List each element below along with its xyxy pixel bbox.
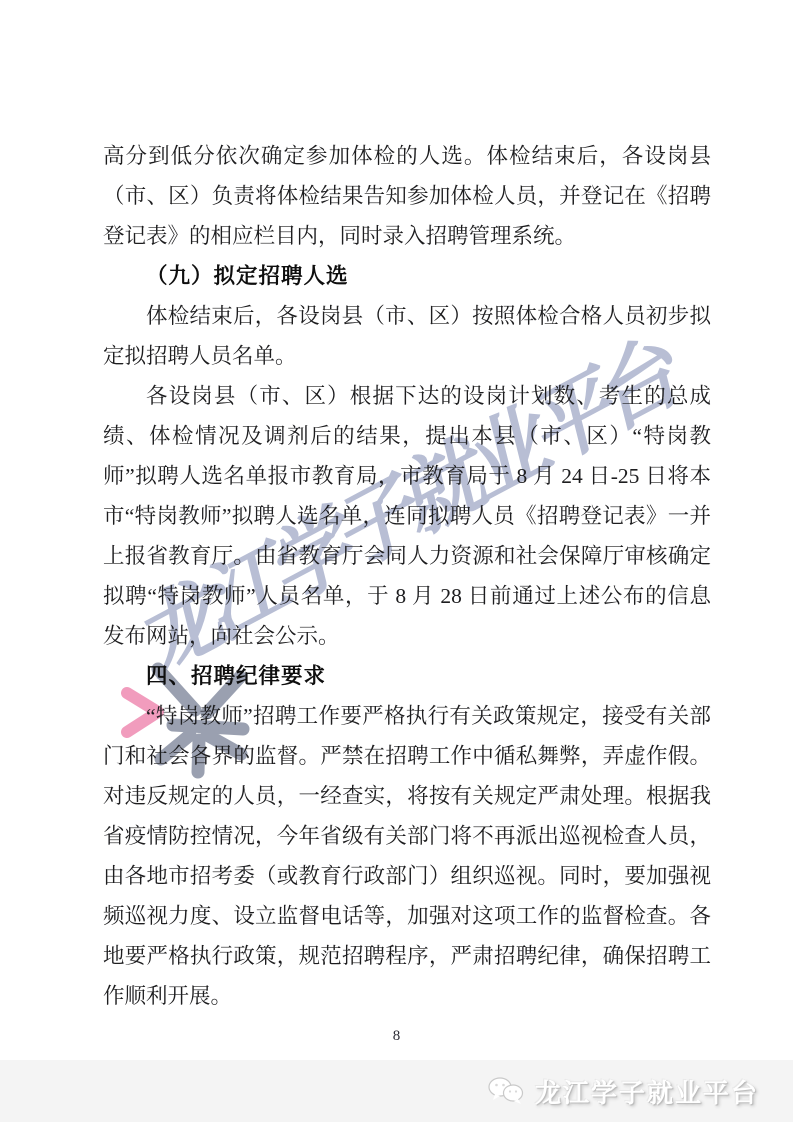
page-number: 8 — [0, 1028, 793, 1045]
paragraph: 体检结束后，各设岗县（市、区）按照体检合格人员初步拟定拟招聘人员名单。 — [103, 296, 711, 376]
paragraph-continued: 高分到低分依次确定参加体检的人选。体检结束后，各设岗县（市、区）负责将体检结果告… — [103, 136, 711, 256]
document-page: 龙江学子就业平台 高分到低分依次确定参加体检的人选。体检结束后，各设岗县（市、区… — [0, 0, 793, 1122]
paragraph: “特岗教师”招聘工作要严格执行有关政策规定，接受有关部门和社会各界的监督。严禁在… — [103, 696, 711, 1016]
footer-brand-text: 龙江学子就业平台 — [535, 1073, 759, 1110]
footer-bar: 龙江学子就业平台 — [0, 1060, 793, 1122]
section-heading-nine: （九）拟定招聘人选 — [103, 256, 711, 296]
paragraph: 各设岗县（市、区）根据下达的设岗计划数、考生的总成绩、体检情况及调剂后的结果，提… — [103, 376, 711, 656]
document-body: 高分到低分依次确定参加体检的人选。体检结束后，各设岗县（市、区）负责将体检结果告… — [103, 136, 711, 1016]
wechat-chat-bubbles-icon — [487, 1075, 527, 1107]
footer-brand: 龙江学子就业平台 — [487, 1073, 759, 1110]
section-heading-four: 四、招聘纪律要求 — [103, 656, 711, 696]
